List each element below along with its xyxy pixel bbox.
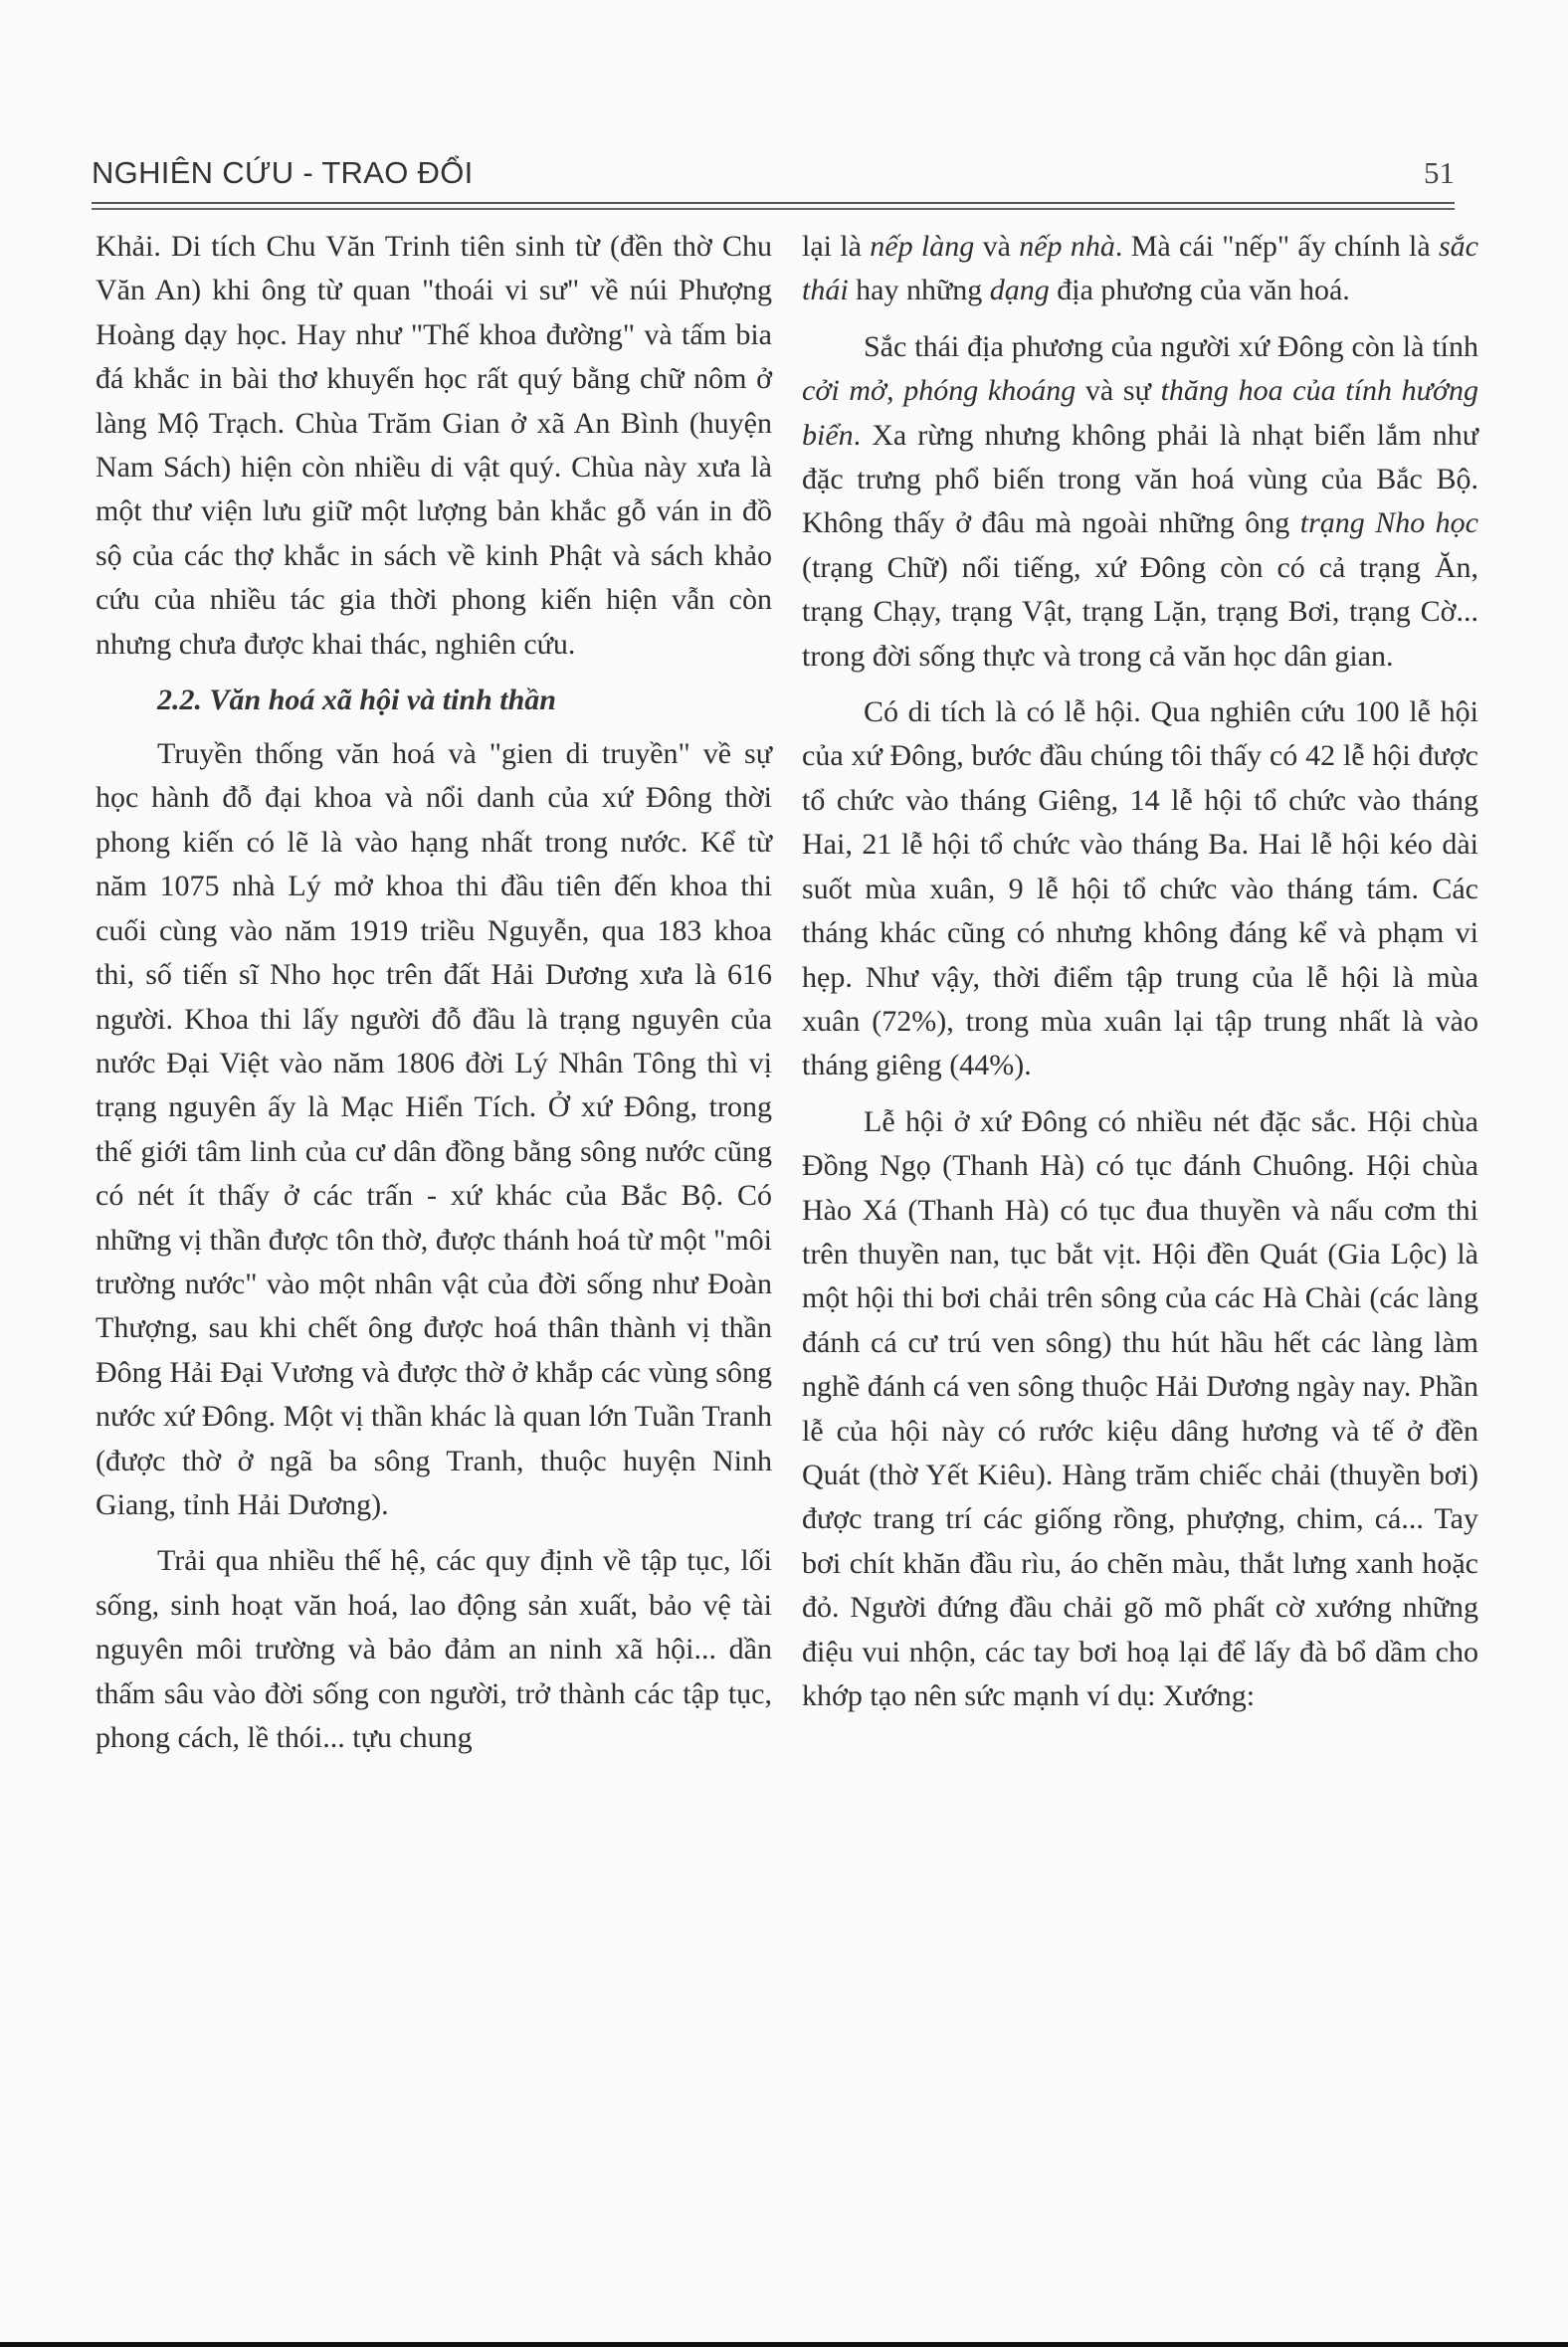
page-number: 51	[1424, 155, 1455, 191]
section-heading: 2.2. Văn hoá xã hội và tinh thần	[96, 679, 772, 722]
text-run: và sự	[1076, 374, 1160, 407]
text-run: và	[974, 230, 1019, 263]
text-run: (trạng Chữ) nổi tiếng, xứ Đông còn có cả…	[802, 551, 1478, 673]
paragraph: Sắc thái địa phương của người xứ Đông cò…	[802, 325, 1478, 679]
paragraph: Có di tích là có lễ hội. Qua nghiên cứu …	[802, 690, 1478, 1088]
italic-term: trạng Nho học	[1300, 506, 1478, 539]
italic-term: cởi mở, phóng khoáng	[802, 374, 1076, 407]
text-run: địa phương của văn hoá.	[1050, 274, 1350, 306]
italic-term: dạng	[990, 274, 1050, 306]
header-double-rule	[92, 202, 1455, 210]
text-run: lại là	[802, 230, 870, 263]
paragraph: lại là nếp làng và nếp nhà. Mà cái "nếp"…	[802, 225, 1478, 313]
running-header: NGHIÊN CỨU - TRAO ĐỔI 51	[92, 149, 1455, 193]
text-run: . Mà cái "nếp" ấy chính là	[1115, 230, 1439, 263]
paragraph: Lễ hội ở xứ Đông có nhiều nét đặc sắc. H…	[802, 1100, 1478, 1719]
paragraph: Trải qua nhiều thế hệ, các quy định về t…	[96, 1539, 772, 1760]
left-column: Khải. Di tích Chu Văn Trinh tiên sinh từ…	[96, 225, 772, 1772]
italic-term: nếp nhà	[1019, 230, 1115, 263]
text-run: Sắc thái địa phương của người xứ Đông cò…	[864, 330, 1478, 363]
paragraph: Khải. Di tích Chu Văn Trinh tiên sinh từ…	[96, 225, 772, 667]
paragraph: Truyền thống văn hoá và "gien di truyền"…	[96, 732, 772, 1527]
italic-term: nếp làng	[870, 230, 974, 263]
text-run: hay những	[849, 274, 990, 306]
document-page: NGHIÊN CỨU - TRAO ĐỔI 51 Khải. Di tích C…	[0, 0, 1568, 2347]
scan-edge-bar	[0, 2342, 1568, 2347]
right-column: lại là nếp làng và nếp nhà. Mà cái "nếp"…	[802, 225, 1478, 1730]
section-label: NGHIÊN CỨU - TRAO ĐỔI	[92, 155, 474, 191]
